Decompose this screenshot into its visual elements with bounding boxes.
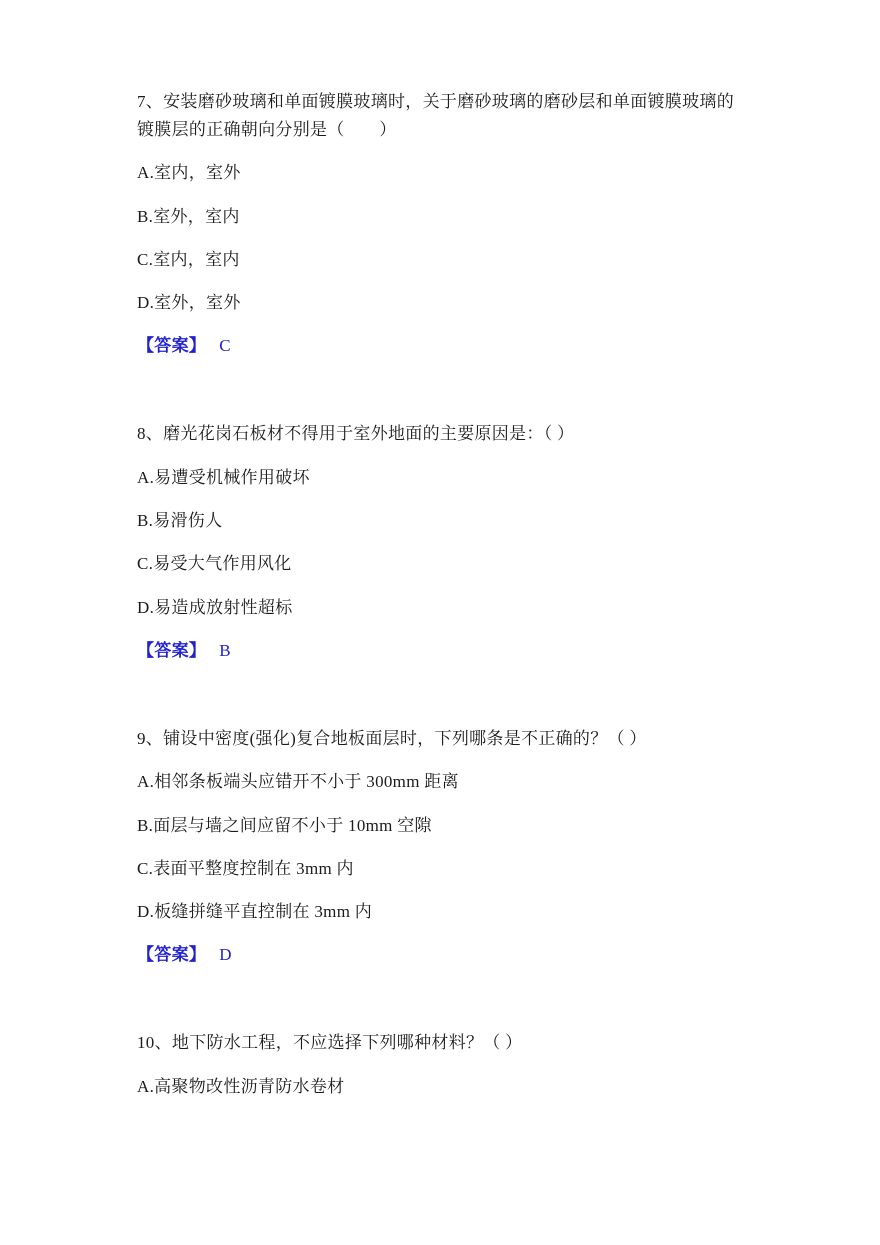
option-a: A.相邻条板端头应错开不小于 300mm 距离 (137, 768, 744, 796)
option-d: D.易造成放射性超标 (137, 594, 744, 622)
answer-letter: B (219, 641, 231, 660)
answer-letter: C (219, 336, 231, 355)
question-block-9: 9、铺设中密度(强化)复合地板面层时，下列哪条是不正确的？（ ） A.相邻条板端… (137, 725, 744, 969)
question-block-8: 8、磨光花岗石板材不得用于室外地面的主要原因是：（ ） A.易遭受机械作用破坏 … (137, 420, 744, 664)
answer-label: 【答案】 (137, 945, 206, 964)
answer-letter: D (219, 945, 232, 964)
option-b: B.易滑伤人 (137, 507, 744, 535)
answer-line: 【答案】C (137, 332, 744, 360)
document-page: 7、安装磨砂玻璃和单面镀膜玻璃时，关于磨砂玻璃的磨砂层和单面镀膜玻璃的镀膜层的正… (0, 0, 880, 1245)
option-d: D.板缝拼缝平直控制在 3mm 内 (137, 898, 744, 926)
option-a: A.室内，室外 (137, 159, 744, 187)
question-text: 10、地下防水工程，不应选择下列哪种材料？（ ） (137, 1029, 744, 1057)
option-c: C.易受大气作用风化 (137, 550, 744, 578)
option-c: C.室内，室内 (137, 246, 744, 274)
answer-label: 【答案】 (137, 641, 206, 660)
question-block-10: 10、地下防水工程，不应选择下列哪种材料？（ ） A.高聚物改性沥青防水卷材 (137, 1029, 744, 1100)
question-block-7: 7、安装磨砂玻璃和单面镀膜玻璃时，关于磨砂玻璃的磨砂层和单面镀膜玻璃的镀膜层的正… (137, 88, 744, 360)
questions-list: 7、安装磨砂玻璃和单面镀膜玻璃时，关于磨砂玻璃的磨砂层和单面镀膜玻璃的镀膜层的正… (0, 0, 880, 1101)
question-text: 8、磨光花岗石板材不得用于室外地面的主要原因是：（ ） (137, 420, 744, 448)
question-text: 7、安装磨砂玻璃和单面镀膜玻璃时，关于磨砂玻璃的磨砂层和单面镀膜玻璃的镀膜层的正… (137, 88, 744, 144)
option-a: A.高聚物改性沥青防水卷材 (137, 1073, 744, 1101)
option-d: D.室外，室外 (137, 289, 744, 317)
option-a: A.易遭受机械作用破坏 (137, 464, 744, 492)
option-b: B.室外，室内 (137, 203, 744, 231)
answer-label: 【答案】 (137, 336, 206, 355)
answer-line: 【答案】B (137, 637, 744, 665)
option-c: C.表面平整度控制在 3mm 内 (137, 855, 744, 883)
question-text: 9、铺设中密度(强化)复合地板面层时，下列哪条是不正确的？（ ） (137, 725, 744, 753)
option-b: B.面层与墙之间应留不小于 10mm 空隙 (137, 812, 744, 840)
answer-line: 【答案】D (137, 941, 744, 969)
